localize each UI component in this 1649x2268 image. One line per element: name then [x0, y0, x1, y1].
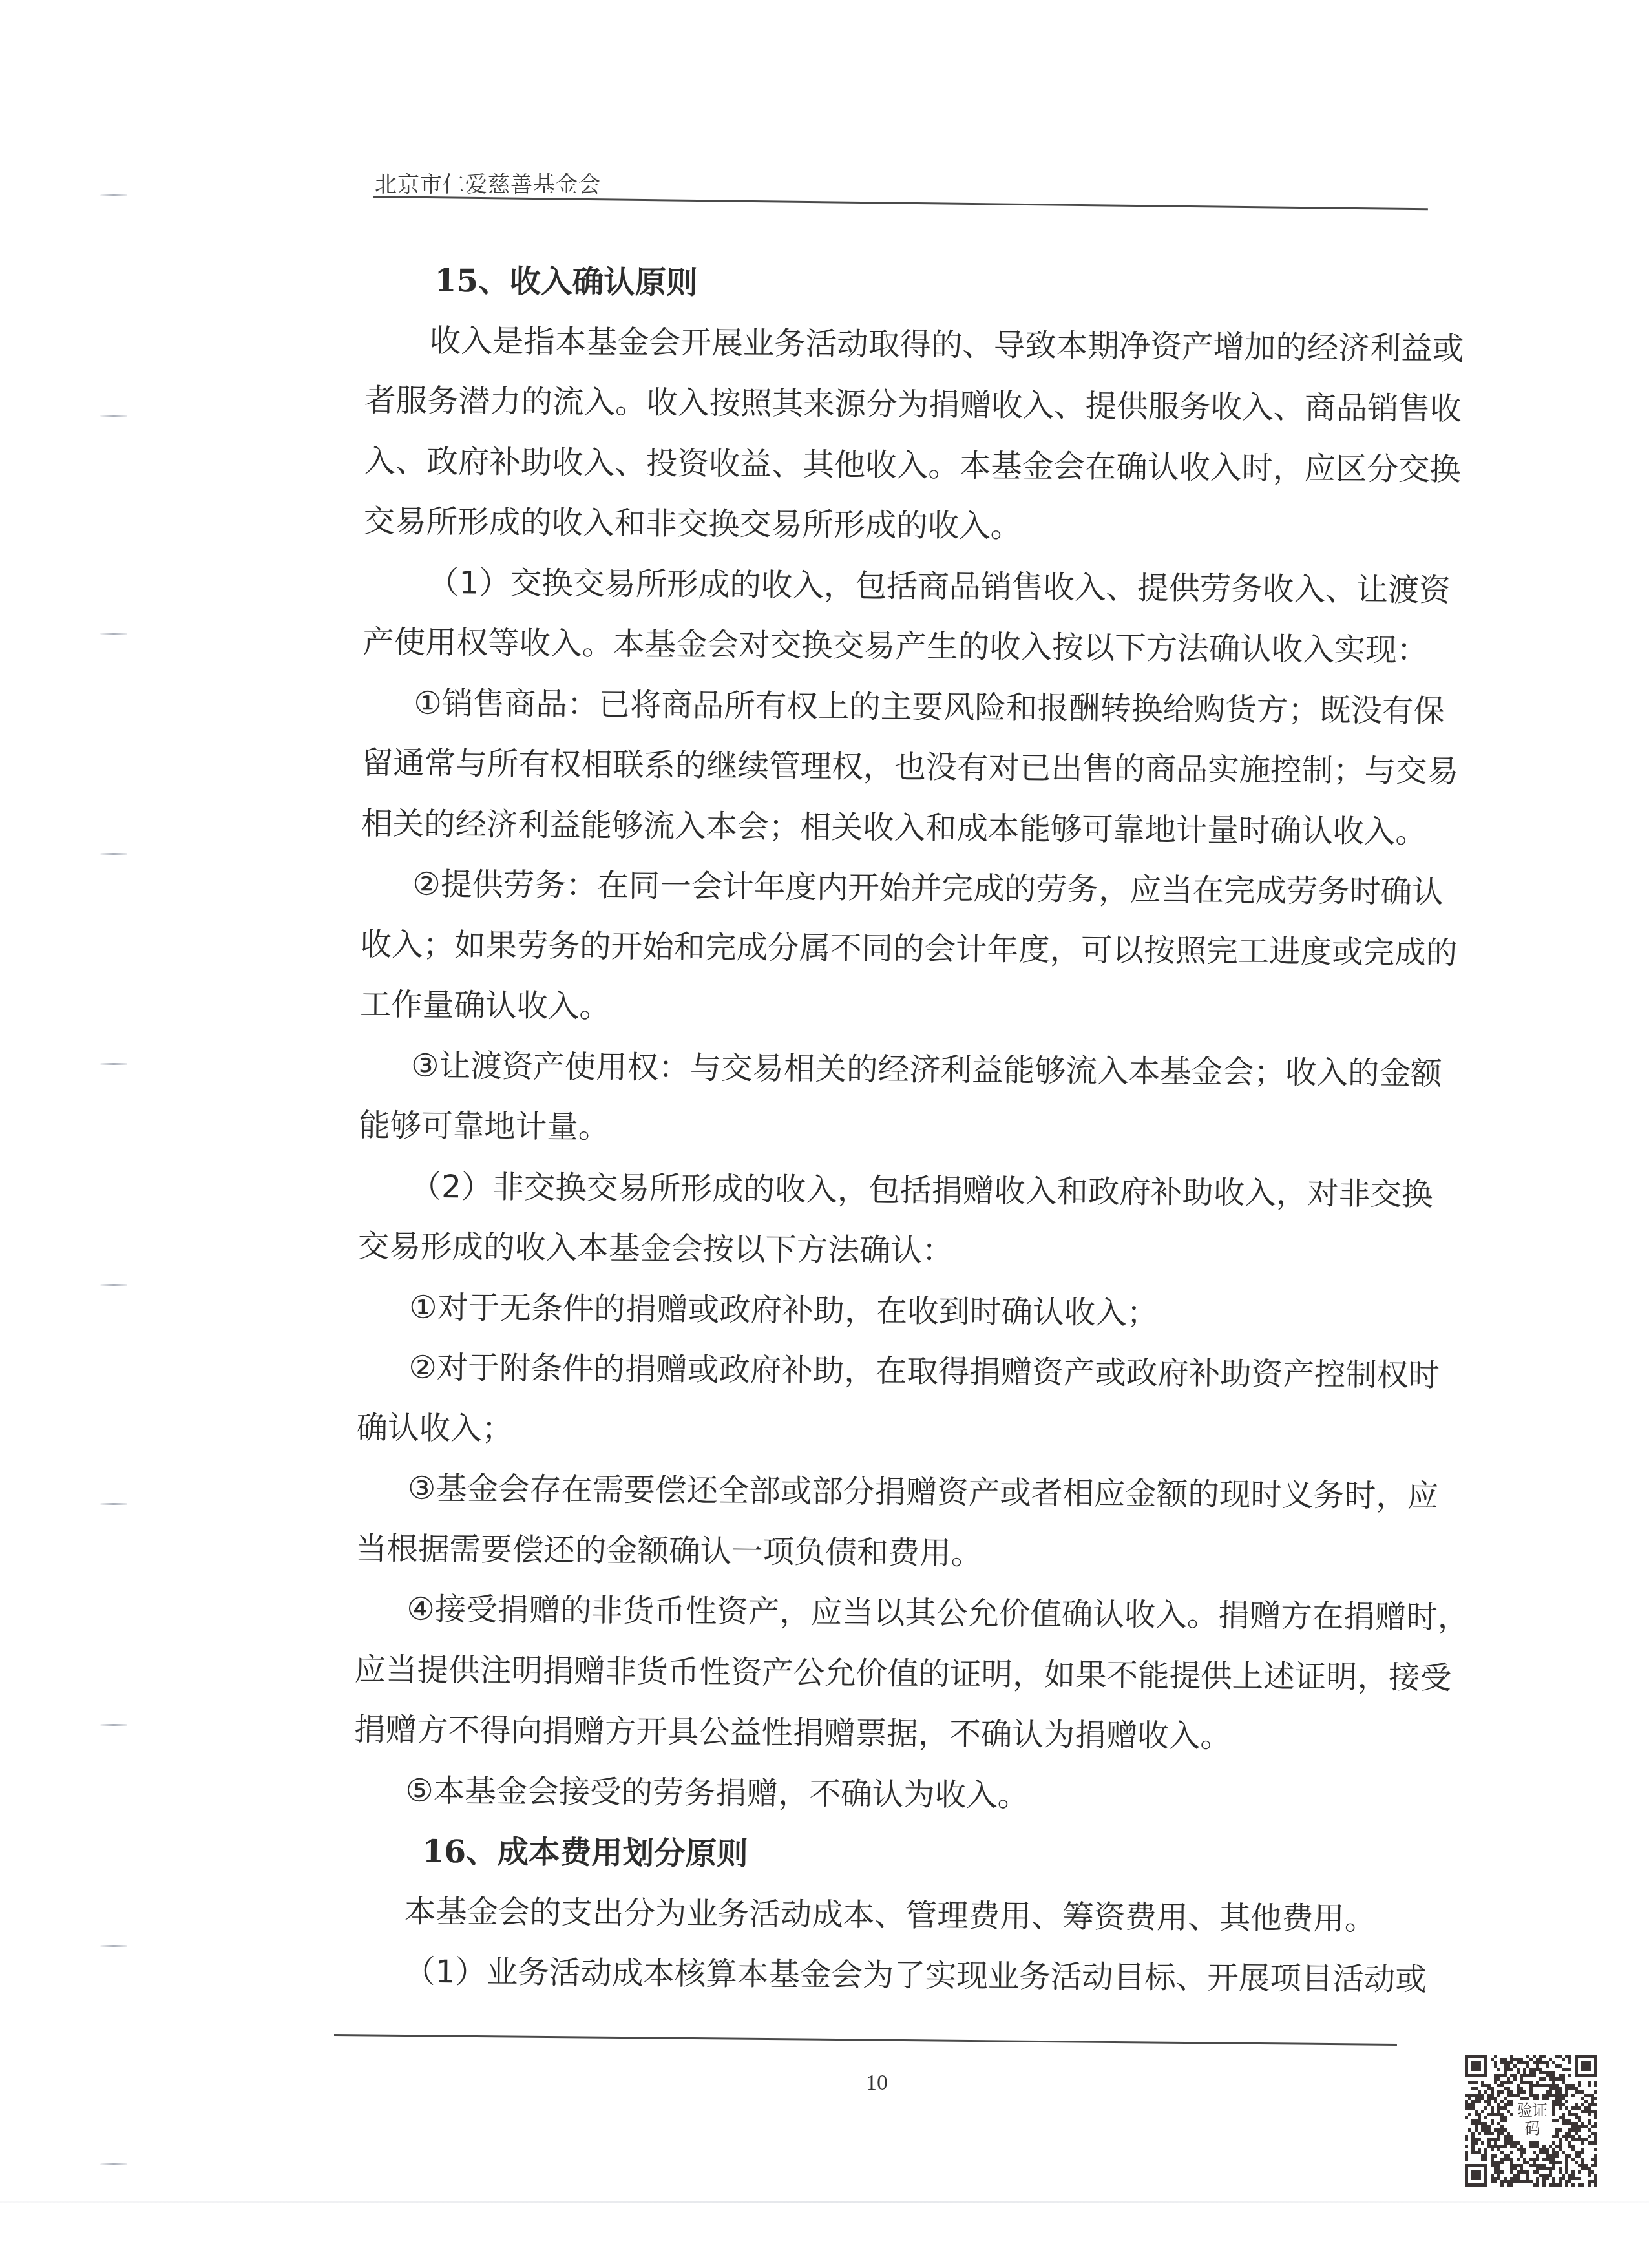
section-heading: 16、成本费用划分原则	[353, 1821, 1413, 1889]
scanned-document-page: 北京市仁爱慈善基金会 15、收入确认原则收入是指本基金会开展业务活动取得的、导致…	[0, 0, 1649, 2268]
body-text-line: 产使用权等收入。本基金会对交换交易产生的收入按以下方法确认收入实现：	[362, 613, 1423, 681]
document-body: 15、收入确认原则收入是指本基金会开展业务活动取得的、导致本期净资产增加的经济利…	[352, 250, 1425, 2010]
body-text-line: （1）业务活动成本核算本基金会为了实现业务活动目标、开展项目活动或	[352, 1942, 1413, 2010]
body-text-line: 本基金会的支出分为业务活动成本、管理费用、筹资费用、其他费用。	[352, 1881, 1413, 1949]
body-text-line: ⑤本基金会接受的劳务捐赠，不确认为收入。	[353, 1760, 1414, 1829]
body-text-line: 当根据需要偿还的金额确认一项负债和费用。	[355, 1518, 1416, 1587]
qr-label-line1: 验证	[1513, 2101, 1551, 2119]
body-text-line: 确认收入；	[356, 1398, 1416, 1466]
body-text-line: 应当提供注明捐赠非货币性资产公允价值的证明，如果不能提供上述证明，接受	[354, 1639, 1414, 1708]
body-text-line: 交易形成的收入本基金会按以下方法确认：	[358, 1217, 1418, 1285]
binding-hole-mark	[100, 194, 127, 196]
body-text-line: ①销售商品：已将商品所有权上的主要风险和报酬转换给购货方；既没有保	[362, 673, 1422, 741]
body-text-line: 捐赠方不得向捐赠方开具公益性捐赠票据，不确认为捐赠收入。	[354, 1700, 1414, 1769]
body-text-line: 相关的经济利益能够流入本会；相关收入和成本能够可靠地计量时确认收入。	[361, 793, 1422, 862]
body-text-line: 工作量确认收入。	[359, 975, 1420, 1044]
header-rule	[373, 196, 1428, 210]
body-text-line: ①对于无条件的捐赠或政府补助，在收到时确认收入；	[357, 1277, 1418, 1345]
section-heading-number: 16	[422, 1833, 466, 1871]
body-text-line: ④接受捐赠的非货币性资产，应当以其公允价值确认收入。捐赠方在捐赠时，	[355, 1579, 1415, 1648]
qr-overlay-label: 验证 码	[1513, 2101, 1551, 2139]
verification-qr-code: 验证 码	[1465, 2055, 1597, 2187]
body-text-line: （1）交换交易所形成的收入，包括商品销售收入、提供劳务收入、让渡资	[363, 552, 1423, 620]
body-text-line: 留通常与所有权相联系的继续管理权，也没有对已出售的商品实施控制；与交易	[361, 733, 1422, 802]
binding-hole-mark	[100, 1503, 127, 1505]
running-header-organization: 北京市仁爱慈善基金会	[375, 167, 601, 198]
body-text-line: ②提供劳务：在同一会计年度内开始并完成的劳务，应当在完成劳务时确认	[361, 854, 1421, 923]
body-text-line: 入、政府补助收入、投资收益、其他收入。本基金会在确认收入时，应区分交换	[364, 431, 1424, 499]
body-text-line: 收入；如果劳务的开始和完成分属不同的会计年度，可以按照完工进度或完成的	[360, 914, 1420, 983]
binding-hole-mark	[100, 633, 127, 635]
binding-hole-mark	[100, 1063, 127, 1065]
binding-hole-mark	[100, 2163, 127, 2165]
body-text-line: ③基金会存在需要偿还全部或部分捐赠资产或者相应金额的现时义务时，应	[356, 1458, 1416, 1527]
section-heading-text: 、收入确认原则	[478, 263, 698, 301]
body-text-line: ③让渡资产使用权：与交易相关的经济利益能够流入本基金会；收入的金额	[359, 1035, 1420, 1104]
binding-hole-mark	[100, 1284, 127, 1286]
footer-rule	[334, 2034, 1397, 2046]
body-text-line: ②对于附条件的捐赠或政府补助，在取得捐赠资产或政府补助资产控制权时	[357, 1338, 1417, 1406]
section-heading-number: 15	[434, 262, 478, 300]
binding-hole-mark	[100, 415, 127, 417]
body-text-line: 能够可靠地计量。	[359, 1096, 1419, 1164]
body-text-line: 交易所形成的收入和非交换交易所形成的收入。	[363, 492, 1423, 560]
body-text-line: （2）非交换交易所形成的收入，包括捐赠收入和政府补助收入，对非交换	[358, 1156, 1418, 1224]
qr-label-line2: 码	[1513, 2119, 1551, 2137]
body-text-line: 者服务潜力的流入。收入按照其来源分为捐赠收入、提供服务收入、商品销售收	[364, 371, 1425, 439]
body-text-line: 收入是指本基金会开展业务活动取得的、导致本期净资产增加的经济利益或	[365, 310, 1425, 379]
section-heading-text: 、成本费用划分原则	[466, 1834, 748, 1872]
binding-hole-mark	[100, 1945, 127, 1947]
section-heading: 15、收入确认原则	[365, 250, 1425, 319]
binding-hole-mark	[100, 1724, 127, 1726]
binding-hole-mark	[100, 853, 127, 855]
scan-artifact-streak	[0, 2201, 1649, 2203]
page-number: 10	[866, 2071, 888, 2095]
